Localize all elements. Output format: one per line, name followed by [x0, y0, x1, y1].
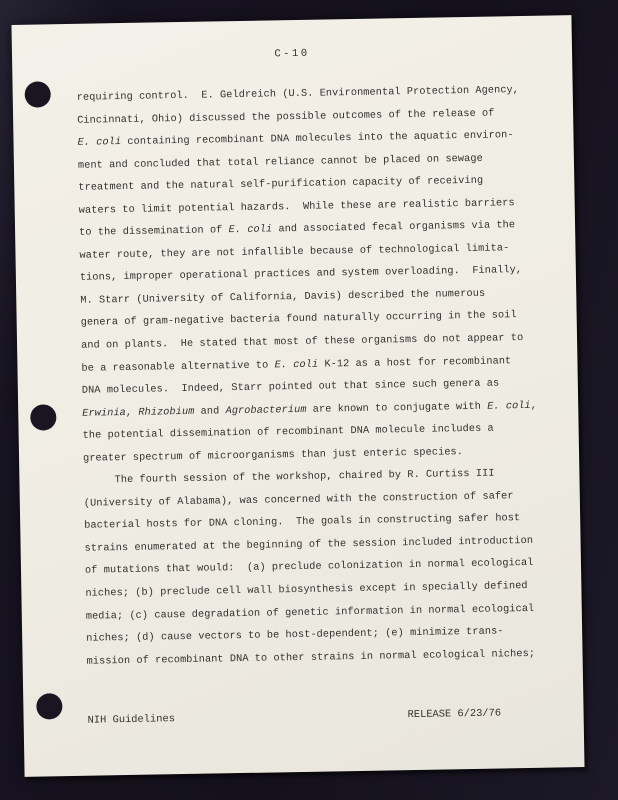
hole-punch-bottom: [36, 693, 62, 719]
footer-release-date: RELEASE 6/23/76: [407, 708, 501, 722]
hole-punch-top: [24, 81, 50, 107]
hole-punch-middle: [30, 404, 56, 430]
page-number: C-10: [12, 43, 572, 65]
document-body: requiring control. E. Geldreich (U.S. En…: [77, 78, 565, 672]
document-page: C-10 requiring control. E. Geldreich (U.…: [11, 15, 584, 777]
desk-background: C-10 requiring control. E. Geldreich (U.…: [0, 0, 618, 800]
footer-document-title: NIH Guidelines: [88, 713, 175, 727]
